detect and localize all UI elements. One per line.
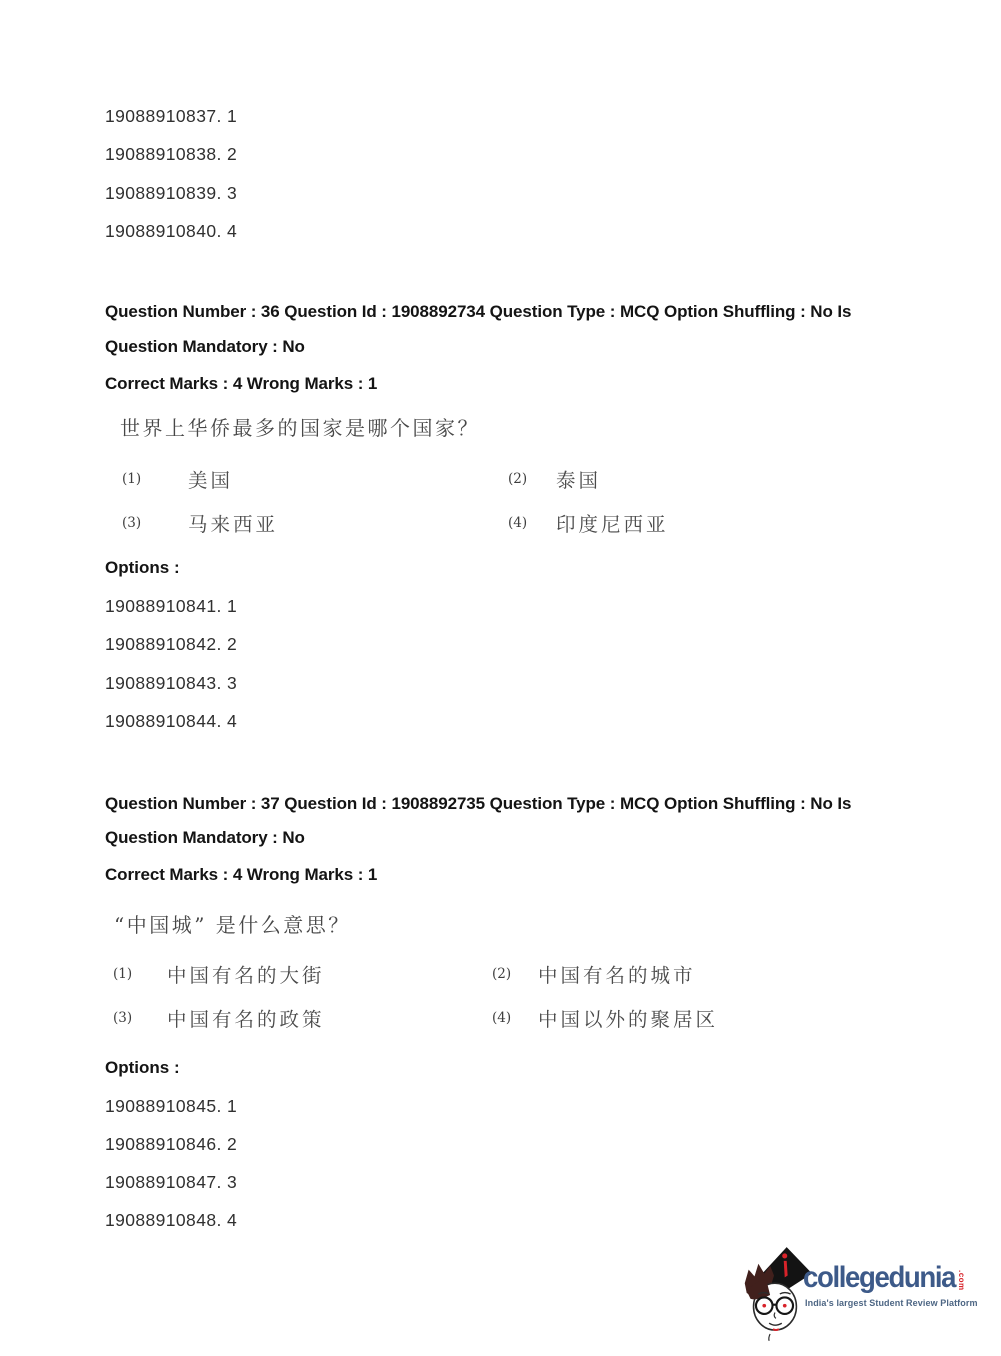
brand-domain: .com bbox=[957, 1270, 966, 1291]
collegedunia-logo: collegedunia .com India's largest Studen… bbox=[735, 1244, 975, 1344]
option-id-line: 19088910837. 1 bbox=[105, 106, 237, 127]
choice-text: 中国有名的城市 bbox=[538, 960, 696, 988]
choice-marker: (1) bbox=[113, 966, 132, 982]
choice-marker: (3) bbox=[122, 515, 141, 531]
option-id-line: 19088910842. 2 bbox=[105, 634, 237, 655]
question-37-text: “中国城” 是什么意思？ bbox=[114, 909, 351, 938]
option-id-line: 19088910841. 1 bbox=[105, 596, 237, 617]
choice-marker: (3) bbox=[113, 1010, 132, 1026]
document-page: 19088910837. 1 19088910838. 2 1908891083… bbox=[0, 0, 1001, 1356]
choice-marker: (4) bbox=[508, 515, 527, 531]
option-id-line: 19088910848. 4 bbox=[105, 1210, 237, 1231]
brand-text: collegedunia bbox=[803, 1261, 955, 1295]
choice-text: 印度尼西亚 bbox=[556, 509, 669, 537]
option-id-line: 19088910844. 4 bbox=[105, 711, 237, 732]
question-36-header-line-1: Question Number : 36 Question Id : 19088… bbox=[105, 302, 851, 322]
choice-text: 中国以外的聚居区 bbox=[538, 1004, 718, 1032]
option-id-line: 19088910840. 4 bbox=[105, 221, 237, 242]
question-36-header-line-2: Question Mandatory : No bbox=[105, 337, 305, 357]
question-36-marks-line: Correct Marks : 4 Wrong Marks : 1 bbox=[105, 374, 377, 394]
choice-text: 美国 bbox=[188, 465, 233, 493]
option-id-line: 19088910843. 3 bbox=[105, 673, 237, 694]
question-37-header-line-2: Question Mandatory : No bbox=[105, 828, 305, 848]
choice-text: 泰国 bbox=[556, 465, 601, 493]
option-id-line: 19088910847. 3 bbox=[105, 1172, 237, 1193]
choice-text: 中国有名的大街 bbox=[167, 960, 325, 988]
question-36-text: 世界上华侨最多的国家是哪个国家？ bbox=[120, 412, 480, 441]
option-id-line: 19088910845. 1 bbox=[105, 1096, 237, 1117]
choice-text: 中国有名的政策 bbox=[167, 1004, 325, 1032]
question-37-header-line-1: Question Number : 37 Question Id : 19088… bbox=[105, 794, 851, 814]
option-id-line: 19088910838. 2 bbox=[105, 144, 237, 165]
option-id-line: 19088910846. 2 bbox=[105, 1134, 237, 1155]
choice-marker: (2) bbox=[508, 471, 527, 487]
choice-text: 马来西亚 bbox=[188, 509, 278, 537]
question-37-marks-line: Correct Marks : 4 Wrong Marks : 1 bbox=[105, 865, 377, 885]
options-label: Options : bbox=[105, 558, 180, 578]
options-label: Options : bbox=[105, 1058, 180, 1078]
collegedunia-mascot-icon bbox=[735, 1244, 813, 1342]
choice-marker: (4) bbox=[492, 1010, 511, 1026]
brand-tagline: India's largest Student Review Platform bbox=[805, 1298, 978, 1308]
option-id-line: 19088910839. 3 bbox=[105, 183, 237, 204]
choice-marker: (1) bbox=[122, 471, 141, 487]
choice-marker: (2) bbox=[492, 966, 511, 982]
